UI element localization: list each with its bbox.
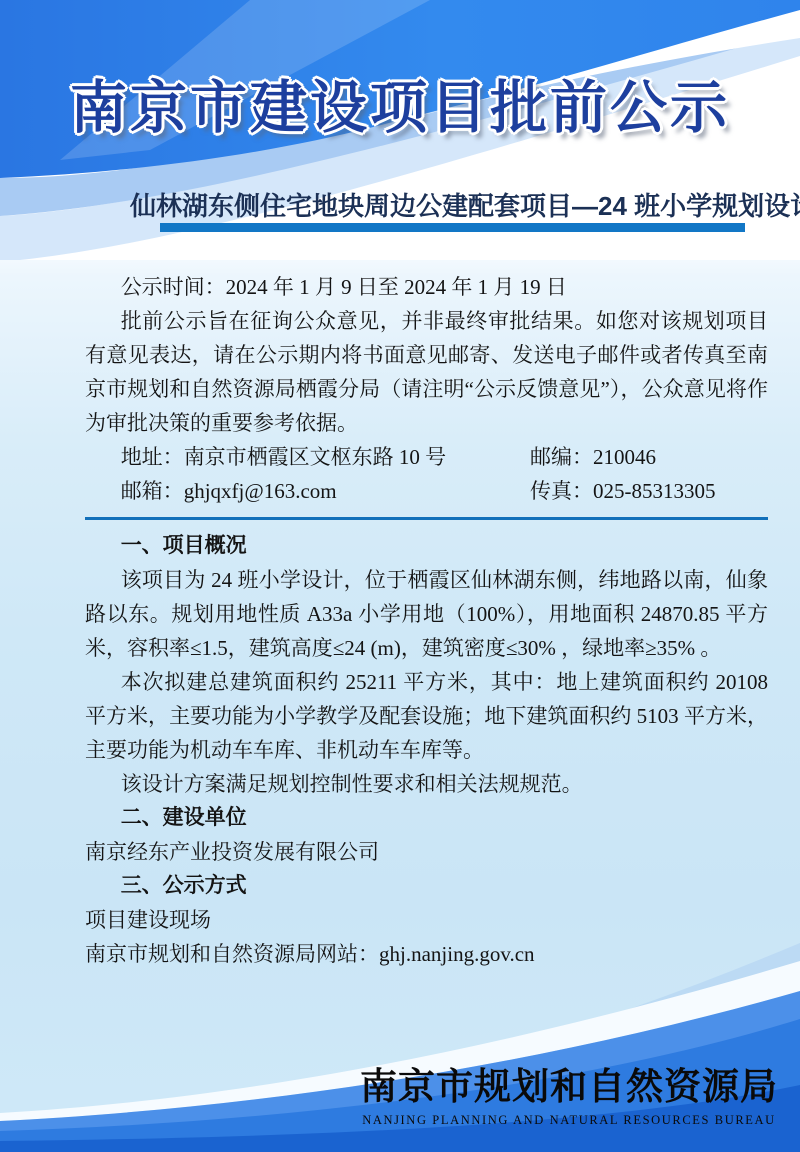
contact-row-address: 地址：南京市栖霞区文枢东路 10 号 邮编：210046 (85, 440, 768, 474)
address-value: 南京市栖霞区文枢东路 10 号 (184, 445, 447, 469)
intro-paragraph: 批前公示旨在征询公众意见，并非最终审批结果。如您对该规划项目有意见表达，请在公示… (85, 304, 768, 440)
bureau-name-cn: 南京市规划和自然资源局 (360, 1056, 778, 1110)
contact-row-email: 邮箱：ghjqxfj@163.com 传真：025-85313305 (85, 474, 768, 508)
address-label: 地址： (121, 445, 184, 469)
contact-fax: 传真：025-85313305 (530, 474, 768, 508)
notice-body: 公示时间：2024 年 1 月 9 日至 2024 年 1 月 19 日 批前公… (85, 270, 768, 971)
postcode-label: 邮编： (530, 445, 593, 469)
bureau-name-en: NANJING PLANNING AND NATURAL RESOURCES B… (360, 1113, 778, 1128)
fax-value: 025-85313305 (593, 479, 716, 503)
contact-address: 地址：南京市栖霞区文枢东路 10 号 (85, 440, 530, 474)
fax-label: 传真： (530, 479, 593, 503)
email-label: 邮箱： (121, 479, 184, 503)
page-title: 南京市建设项目批前公示 (0, 62, 800, 144)
overview-paragraph-3: 该设计方案满足规划控制性要求和相关法规规范。 (85, 767, 768, 801)
public-notice-poster: 南京市建设项目批前公示 仙林湖东侧住宅地块周边公建配套项目—24 班小学规划设计… (0, 0, 800, 1152)
project-subtitle: 仙林湖东侧住宅地块周边公建配套项目—24 班小学规划设计方案 (130, 186, 770, 223)
section-heading-builder: 二、建设单位 (85, 801, 768, 835)
contact-postcode: 邮编：210046 (530, 440, 768, 474)
builder-company: 南京经东产业投资发展有限公司 (85, 835, 768, 869)
footer-bureau-block: 南京市规划和自然资源局 NANJING PLANNING AND NATURAL… (360, 1056, 778, 1128)
section-heading-overview: 一、项目概况 (85, 529, 768, 563)
email-value: ghjqxfj@163.com (184, 479, 337, 503)
overview-paragraph-2: 本次拟建总建筑面积约 25211 平方米，其中：地上建筑面积约 20108 平方… (85, 665, 768, 767)
publicity-period: 公示时间：2024 年 1 月 9 日至 2024 年 1 月 19 日 (85, 270, 768, 304)
overview-paragraph-1: 该项目为 24 班小学设计，位于栖霞区仙林湖东侧，纬地路以南，仙象路以东。规划用… (85, 563, 768, 665)
contact-email: 邮箱：ghjqxfj@163.com (85, 474, 530, 508)
section-divider (85, 517, 768, 520)
postcode-value: 210046 (593, 445, 656, 469)
subtitle-underline (160, 223, 745, 232)
section-heading-publicity-method: 三、公示方式 (85, 869, 768, 903)
